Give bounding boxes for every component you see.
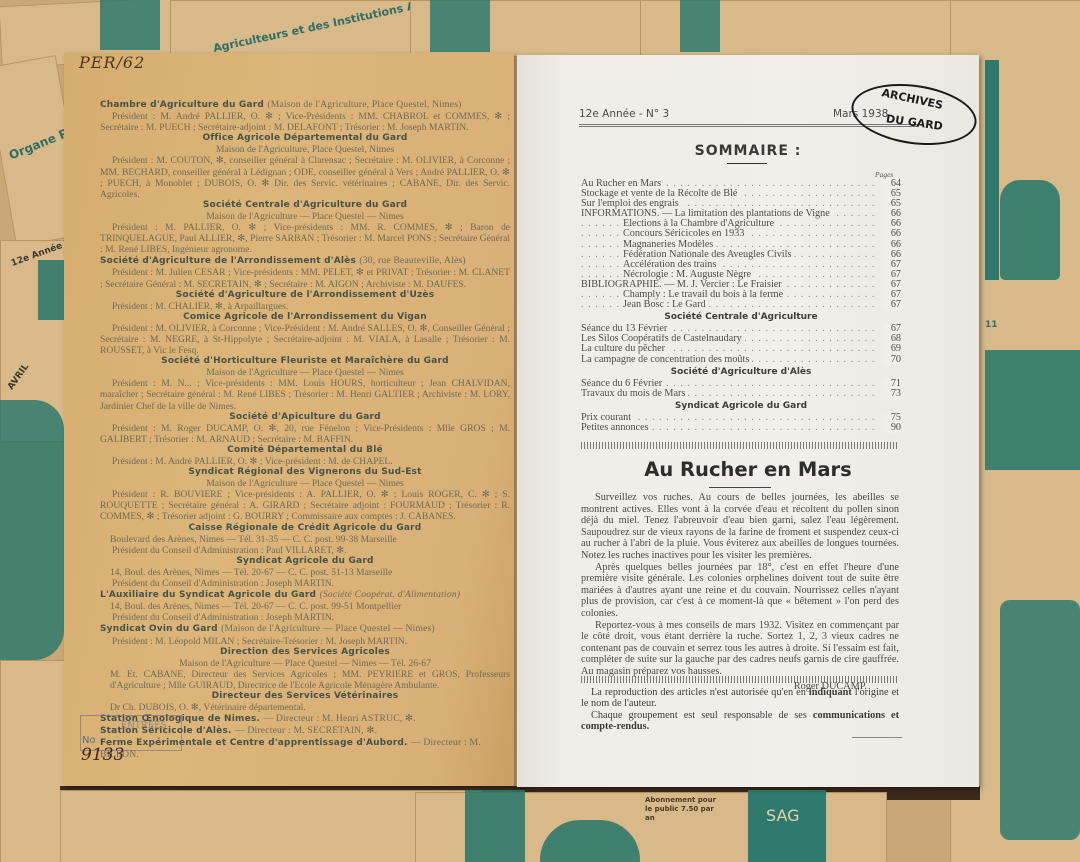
notice-bold-1: indiquant — [809, 687, 852, 698]
toc-entry: . . . . . . . . . . . . . . . . . . . . … — [581, 324, 901, 334]
toc-entry-page: 64 — [883, 179, 901, 189]
organization-note: (Maison de l'Agriculture — Place Questel… — [221, 623, 435, 634]
toc-entry-title: Travaux du mois de Mars — [581, 389, 688, 399]
toc-entry: . . . . . . . . . . . . . . . . . . . . … — [581, 260, 901, 270]
organization-address: Maison de l'Agriculture — Place Questel … — [100, 658, 510, 669]
toc-entry-title: INFORMATIONS. — La limitation des planta… — [581, 209, 833, 219]
toc-entry-page: 66 — [883, 229, 901, 239]
organization-entry: Chambre d'Agriculture du Gard (Maison de… — [100, 99, 510, 133]
toc-entry-title: Sur l'emploi des engrais — [581, 199, 682, 209]
toc-entry-text: BIBLIOGRAPHIE. — M. J. Vercier : Le Frai… — [581, 280, 785, 290]
organization-entry: Société d'Horticulture Fleuriste et Mara… — [100, 356, 510, 411]
organization-name: Syndicat Agricole du Gard — [236, 556, 373, 566]
organization-details: M. Et. CABANE, Directeur des Services Ag… — [100, 669, 510, 691]
organization-entry: Syndicat Régional des Vignerons du Sud-E… — [100, 467, 510, 522]
toc-entry-page: 90 — [883, 423, 901, 433]
notice-text-1: La reproduction des articles n'est autor… — [591, 687, 809, 698]
toc-entry-title: Au Rucher en Mars — [581, 179, 664, 189]
organization-list: Chambre d'Agriculture du Gard (Maison de… — [100, 99, 510, 762]
reproduction-notice: La reproduction des articles n'est autor… — [581, 687, 899, 732]
organization-officers: Président : M. PALLIER, O. ✻ ; Vice-prés… — [100, 222, 510, 255]
toc-entry-page: 67 — [883, 270, 901, 280]
toc-entry-title: Accélération des trains — [581, 260, 719, 270]
toc-entry-title: Fédération Nationale des Aveugles Civils — [581, 250, 794, 260]
organization-officers: Président : M. André PALLIER, O. ✻ ; Vic… — [100, 456, 510, 467]
notice-text-2: Chaque groupement est seul responsable d… — [591, 710, 813, 721]
organization-entry: Société Centrale d'Agriculture du GardMa… — [100, 200, 510, 255]
organization-entry: Syndicat Agricole du Gard14, Boul. des A… — [100, 556, 510, 589]
toc-entry-page: 71 — [883, 379, 901, 389]
toc-entry-text: La culture du pêcher — [581, 344, 668, 354]
organization-note: (30, rue Beauteville, Alès) — [359, 255, 465, 266]
organization-officers: Président : M. N... ; Vice-présidents : … — [100, 378, 510, 411]
organization-officers: Président : M. Léopold MILAN ; Secrétair… — [100, 636, 510, 647]
organization-entry: Office Agricole Départemental du GardMai… — [100, 133, 510, 200]
toc-entry-page: 66 — [883, 240, 901, 250]
toc-entry: . . . . . . . . . . . . . . . . . . . . … — [581, 344, 901, 354]
article-body: Surveillez vos ruches. Au cours de belle… — [581, 492, 899, 692]
organization-name: Caisse Régionale de Crédit Agricole du G… — [189, 523, 422, 533]
toc-entry: . . . . . . . . . . . . . . . . . . . . … — [581, 423, 901, 433]
stamp-label: ENTRÉES — [121, 720, 167, 731]
toc-entry-text: Concours Séricicoles en 1933 — [623, 229, 747, 239]
toc-entry-text: Séance du 6 Février — [581, 379, 665, 389]
toc-entry-text: Séance du 13 Février — [581, 324, 670, 334]
organization-name: Société d'Agriculture de l'Arrondissemen… — [100, 256, 356, 266]
organization-entry: Directeur des Services VétérinairesDr Ch… — [100, 691, 510, 713]
toc-entry-text: Stockage et vente de la Récolte de Blé — [581, 189, 740, 199]
sommaire-title: SOMMAIRE : — [517, 143, 979, 159]
table-of-contents: . . . . . . . . . . . . . . . . . . . . … — [581, 179, 901, 433]
organization-heading: Syndicat Régional des Vignerons du Sud-E… — [100, 467, 510, 478]
toc-entry: . . . . . . . . . . . . . . . . . . . . … — [581, 189, 901, 199]
toc-entry-page: 67 — [883, 290, 901, 300]
organization-details: 14, Boul. des Arènes, Nimes — Tél. 20-67… — [100, 601, 510, 612]
inventory-number: 9133 — [81, 745, 124, 765]
organization-address: Maison de l'Agriculture — Place Questel … — [100, 211, 510, 222]
toc-entry-text: Accélération des trains — [623, 260, 719, 270]
archives-stamp-line2: DU GARD — [885, 112, 943, 133]
toc-entry-text: Magnaneries Modèles — [623, 240, 716, 250]
toc-entry-title: La culture du pêcher — [581, 344, 668, 354]
toc-entry-page: 69 — [883, 344, 901, 354]
organization-name: Société Centrale d'Agriculture du Gard — [203, 200, 407, 210]
organization-entry: Syndicat Ovin du Gard (Maison de l'Agric… — [100, 623, 510, 646]
cover-page-number: 11 — [985, 320, 998, 330]
toc-entry: . . . . . . . . . . . . . . . . . . . . … — [581, 389, 901, 399]
toc-entry-page: 73 — [883, 389, 901, 399]
organization-name: Syndicat Régional des Vignerons du Sud-E… — [188, 467, 421, 477]
organization-note: (Société Coopérat. d'Alimentation) — [320, 589, 461, 600]
toc-entry: . . . . . . . . . . . . . . . . . . . . … — [581, 290, 901, 300]
archives-stamp: ARCHIVES DU GARD — [848, 77, 981, 153]
organization-name: Chambre d'Agriculture du Gard — [100, 100, 264, 110]
toc-entry-page: 67 — [883, 300, 901, 310]
organization-heading: Chambre d'Agriculture du Gard (Maison de… — [100, 99, 510, 111]
toc-entry-page: 67 — [883, 260, 901, 270]
organization-address: Maison de l'Agriculture, Place Questel, … — [100, 144, 510, 155]
right-page: 12e Année - N° 3 Mars 1938 ARCHIVES DU G… — [517, 55, 979, 787]
toc-entry-page: 66 — [883, 209, 901, 219]
toc-entry-text: Au Rucher en Mars — [581, 179, 664, 189]
organization-heading: Directeur des Services Vétérinaires — [100, 691, 510, 702]
toc-entry-title: Stockage et vente de la Récolte de Blé — [581, 189, 740, 199]
hatched-divider-2 — [581, 676, 899, 683]
toc-entry: . . . . . . . . . . . . . . . . . . . . … — [581, 219, 901, 229]
article-paragraph: Surveillez vos ruches. Au cours de belle… — [581, 492, 899, 562]
toc-entry-title: Elections à la Chambre d'Agriculture — [581, 219, 777, 229]
toc-entry: . . . . . . . . . . . . . . . . . . . . … — [581, 209, 901, 219]
sommaire-underline — [727, 163, 767, 164]
toc-entry-text: INFORMATIONS. — La limitation des planta… — [581, 209, 833, 219]
pages-label: Pages — [875, 170, 893, 179]
organization-officers: Président : R. BOUVIERE ; Vice-président… — [100, 489, 510, 522]
organization-heading: Caisse Régionale de Crédit Agricole du G… — [100, 523, 510, 534]
organization-officers: Président : M. OLIVIER, à Corconne ; Vic… — [100, 323, 510, 356]
organization-name: L'Auxiliaire du Syndicat Agricole du Gar… — [100, 590, 316, 600]
organization-officers: Président : M. COUTON, ✻, conseiller gén… — [100, 155, 510, 199]
organization-officers: Président : M. Julien CESAR ; Vice-prési… — [100, 267, 510, 289]
toc-entry: . . . . . . . . . . . . . . . . . . . . … — [581, 199, 901, 209]
toc-entry-title: BIBLIOGRAPHIE. — M. J. Vercier : Le Frai… — [581, 280, 785, 290]
cover-subscription-text: Abonnement pour le public 7.50 par an — [645, 796, 725, 823]
toc-entry: . . . . . . . . . . . . . . . . . . . . … — [581, 355, 901, 365]
organization-address: Maison de l'Agriculture — Place Questel … — [100, 367, 510, 378]
organization-heading: L'Auxiliaire du Syndicat Agricole du Gar… — [100, 589, 510, 601]
organization-heading: Comité Départemental du Blé — [100, 445, 510, 456]
organization-note: — Directeur : M. Henri ASTRUC, ✻. — [263, 713, 415, 724]
toc-section-heading: Syndicat Agricole du Gard — [581, 400, 901, 413]
toc-entry-title: Nécrologie : M. Auguste Nègre — [581, 270, 754, 280]
toc-entry-title: Concours Séricicoles en 1933 — [581, 229, 747, 239]
organization-heading: Syndicat Ovin du Gard (Maison de l'Agric… — [100, 623, 510, 635]
organization-heading: Société d'Apiculture du Gard — [100, 412, 510, 423]
toc-entry: . . . . . . . . . . . . . . . . . . . . … — [581, 179, 901, 189]
toc-entry-title: Séance du 13 Février — [581, 324, 670, 334]
organization-name: Office Agricole Départemental du Gard — [202, 133, 407, 143]
organization-officers: Président du Conseil d'Administration : … — [100, 612, 510, 623]
toc-entry-title: Prix courant — [581, 413, 634, 423]
toc-entry: . . . . . . . . . . . . . . . . . . . . … — [581, 300, 901, 310]
toc-entry-page: 70 — [883, 355, 901, 365]
organization-name: Syndicat Ovin du Gard — [100, 624, 218, 634]
organization-details: Dr Ch. DUBOIS, O. ✻, Vétérinaire départe… — [100, 702, 510, 713]
toc-entry-text: Champly : Le travail du bois à la ferme — [623, 290, 786, 300]
toc-entry-page: 75 — [883, 413, 901, 423]
article-paragraph: Reportez-vous à mes conseils de mars 193… — [581, 620, 899, 678]
toc-entry-title: Champly : Le travail du bois à la ferme — [581, 290, 786, 300]
toc-entry-title: Jean Bosc : Le Gard — [581, 300, 709, 310]
toc-entry: . . . . . . . . . . . . . . . . . . . . … — [581, 270, 901, 280]
toc-entry-page: 65 — [883, 199, 901, 209]
organization-heading: Syndicat Agricole du Gard — [100, 556, 510, 567]
organization-officers: Président : M. André PALLIER, O. ✻ ; Vic… — [100, 111, 510, 133]
toc-entry: . . . . . . . . . . . . . . . . . . . . … — [581, 413, 901, 423]
toc-entry-text: Fédération Nationale des Aveugles Civils — [623, 250, 794, 260]
organization-name: Société d'Horticulture Fleuriste et Mara… — [161, 356, 449, 366]
toc-entry-title: Les Silos Coopératifs de Castelnaudary — [581, 334, 745, 344]
toc-entry-text: Nécrologie : M. Auguste Nègre — [623, 270, 754, 280]
toc-entry: . . . . . . . . . . . . . . . . . . . . … — [581, 280, 901, 290]
organization-entry: Société d'Agriculture de l'Arrondissemen… — [100, 290, 510, 312]
organization-note: (Maison de l'Agriculture, Place Questel,… — [267, 99, 461, 110]
organization-name: Société d'Agriculture de l'Arrondissemen… — [176, 290, 435, 300]
archives-stamp-line1: ARCHIVES — [880, 86, 944, 112]
toc-entry-page: 66 — [883, 219, 901, 229]
toc-entry-title: Magnaneries Modèles — [581, 240, 716, 250]
organization-details: 14, Boul. des Arènes, Nimes — Tél. 20-67… — [100, 567, 510, 578]
toc-entry-text: Elections à la Chambre d'Agriculture — [623, 219, 777, 229]
toc-entry-page: 66 — [883, 250, 901, 260]
organization-entry: L'Auxiliaire du Syndicat Agricole du Gar… — [100, 589, 510, 623]
organization-entry: Comité Départemental du BléPrésident : M… — [100, 445, 510, 467]
issue-number: 12e Année - N° 3 — [579, 108, 669, 120]
toc-entry: . . . . . . . . . . . . . . . . . . . . … — [581, 334, 901, 344]
organization-name: Comité Départemental du Blé — [227, 445, 383, 455]
article-paragraph: Après quelques belles journées par 18°, … — [581, 562, 899, 620]
organization-heading: Société d'Agriculture de l'Arrondissemen… — [100, 290, 510, 301]
toc-entry: . . . . . . . . . . . . . . . . . . . . … — [581, 379, 901, 389]
toc-entry: . . . . . . . . . . . . . . . . . . . . … — [581, 240, 901, 250]
organization-heading: Direction des Services Agricoles — [100, 647, 510, 658]
organization-heading: Comice Agricole de l'Arrondissement du V… — [100, 312, 510, 323]
organization-officers: Président du Conseil d'Administration : … — [100, 545, 510, 556]
shelfmark: PER/62 — [79, 53, 145, 72]
organization-details: Boulevard des Arènes, Nimes — Tél. 31-35… — [100, 534, 510, 545]
end-mark — [852, 737, 902, 738]
toc-entry: . . . . . . . . . . . . . . . . . . . . … — [581, 250, 901, 260]
toc-entry-page: 67 — [883, 324, 901, 334]
toc-entry-title: Petites annonces — [581, 423, 652, 433]
toc-entry-title: Séance du 6 Février — [581, 379, 665, 389]
toc-entry-text: La campagne de concentration des moûts — [581, 355, 752, 365]
organization-entry: Direction des Services AgricolesMaison d… — [100, 647, 510, 691]
toc-entry-page: 67 — [883, 280, 901, 290]
toc-entry: . . . . . . . . . . . . . . . . . . . . … — [581, 229, 901, 239]
article-underline — [709, 487, 771, 488]
toc-entry-page: 68 — [883, 334, 901, 344]
organization-entry: Comice Agricole de l'Arrondissement du V… — [100, 312, 510, 356]
organization-officers: Président du Conseil d'Administration : … — [100, 578, 510, 589]
organization-entry: Société d'Apiculture du GardPrésident : … — [100, 412, 510, 445]
toc-entry-title: La campagne de concentration des moûts — [581, 355, 752, 365]
organization-address: Maison de l'Agriculture — Place Questel … — [100, 478, 510, 489]
toc-entry-text: Petites annonces — [581, 423, 652, 433]
organization-officers: Président : M. Roger DUCAMP, O. ✻, 20, r… — [100, 423, 510, 445]
organization-officers: Président : M. CHALIER, ✻, à Arpaillargu… — [100, 301, 510, 312]
organization-heading: Société d'Agriculture de l'Arrondissemen… — [100, 255, 510, 267]
toc-entry-text: Sur l'emploi des engrais — [581, 199, 682, 209]
organization-name: Comice Agricole de l'Arrondissement du V… — [183, 312, 427, 322]
toc-entry-page: 65 — [883, 189, 901, 199]
organization-heading: Société Centrale d'Agriculture du Gard — [100, 200, 510, 211]
toc-entry-text: Prix courant — [581, 413, 634, 423]
hatched-divider — [581, 442, 899, 449]
toc-section-heading: Société d'Agriculture d'Alès — [581, 366, 901, 379]
toc-entry-text: Travaux du mois de Mars — [581, 389, 688, 399]
organization-note: — Directeur : M. SECRETAIN, ✻. — [235, 725, 377, 736]
organization-name: Direction des Services Agricoles — [220, 647, 390, 657]
toc-section-heading: Société Centrale d'Agriculture — [581, 311, 901, 324]
organization-entry: Caisse Régionale de Crédit Agricole du G… — [100, 523, 510, 556]
organization-entry: Société d'Agriculture de l'Arrondissemen… — [100, 255, 510, 289]
toc-entry-text: Jean Bosc : Le Gard — [623, 300, 709, 310]
organization-name: Société d'Apiculture du Gard — [229, 412, 381, 422]
organization-heading: Office Agricole Départemental du Gard — [100, 133, 510, 144]
left-page: PER/62 Chambre d'Agriculture du Gard (Ma… — [64, 53, 514, 786]
article-title: Au Rucher en Mars — [517, 458, 979, 481]
toc-entry-text: Les Silos Coopératifs de Castelnaudary — [581, 334, 745, 344]
cover-sag-text: SAG — [766, 806, 800, 825]
organization-heading: Société d'Horticulture Fleuriste et Mara… — [100, 356, 510, 367]
organization-name: Directeur des Services Vétérinaires — [212, 691, 399, 701]
